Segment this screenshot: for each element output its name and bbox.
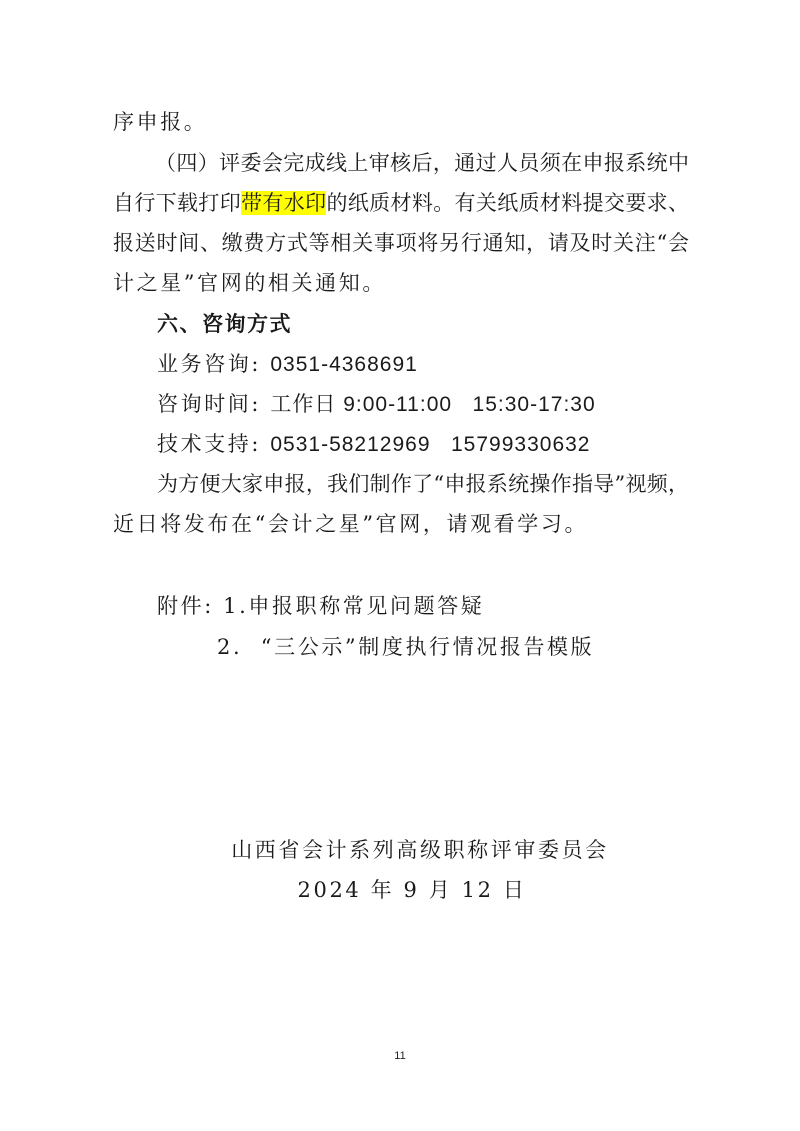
paragraph-line: 计之星”官网的相关通知。 xyxy=(113,269,386,297)
phone-number: 0351-4368691 xyxy=(270,353,417,376)
paragraph-text: 自行下载打印 xyxy=(113,191,241,215)
document-page: 序申报。 （四）评委会完成线上审核后，通过人员须在申报系统中 自行下载打印带有水… xyxy=(0,0,800,1131)
section-heading: 六、咨询方式 xyxy=(157,310,292,338)
contact-label: 业务咨询: xyxy=(157,352,261,376)
paragraph-text: 的纸质材料。有关纸质材料提交要求、 xyxy=(326,191,689,215)
contact-tech: 技术支持: 0531-58212969 15799330632 xyxy=(157,430,590,459)
hours-value: 工作日 9:00-11:00 15:30-17:30 xyxy=(270,393,595,416)
attachment-item: 附件: 1.申报职称常见问题答疑 xyxy=(157,592,484,620)
contact-hours: 咨询时间: 工作日 9:00-11:00 15:30-17:30 xyxy=(157,390,596,419)
paragraph-line: 序申报。 xyxy=(113,108,207,136)
paragraph-line: 近日将发布在“会计之星”官网，请观看学习。 xyxy=(113,510,588,538)
page-number: 11 xyxy=(0,1050,800,1062)
paragraph-line: 为方便大家申报，我们制作了“申报系统操作指导”视频， xyxy=(157,470,689,498)
highlighted-text: 带有水印 xyxy=(241,191,326,215)
attachment-label: 附件: xyxy=(157,594,214,618)
contact-business: 业务咨询: 0351-4368691 xyxy=(157,350,418,379)
phone-number: 0531-58212969 15799330632 xyxy=(270,433,590,456)
paragraph-line: （四）评委会完成线上审核后，通过人员须在申报系统中 xyxy=(155,149,689,177)
attachment-item: 2. “三公示”制度执行情况报告模版 xyxy=(217,633,594,661)
paragraph-line: 自行下载打印带有水印的纸质材料。有关纸质材料提交要求、 xyxy=(113,189,689,217)
signature-date: 2024 年 9 月 12 日 xyxy=(12,876,800,904)
paragraph-line: 报送时间、缴费方式等相关事项将另行通知，请及时关注“会 xyxy=(113,229,689,257)
contact-label: 咨询时间: xyxy=(157,392,261,416)
attachment-title: 1.申报职称常见问题答疑 xyxy=(223,594,484,618)
signature-organization: 山西省会计系列高级职称评审委员会 xyxy=(20,836,800,864)
contact-label: 技术支持: xyxy=(157,432,261,456)
